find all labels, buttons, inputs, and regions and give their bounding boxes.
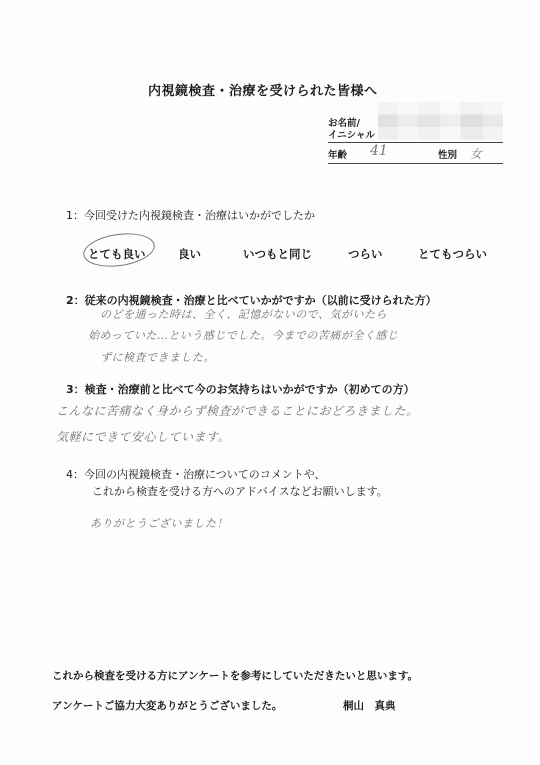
sex-value: 女 — [470, 145, 482, 162]
footer-request: これから検査を受ける方にアンケートを参考にしていただきたいと思います。 — [52, 668, 418, 683]
question-text: 今回受けた内視鏡検査・治療はいかがでしたか — [84, 209, 315, 222]
divider-line — [328, 163, 503, 164]
answer-2-line-3: ずに検査できました。 — [100, 349, 215, 365]
question-4: 4：今回の内視鏡検査・治療についてのコメントや、 — [66, 466, 326, 482]
divider-line — [328, 142, 503, 143]
age-value: 41 — [370, 143, 388, 159]
question-3: 3：検査・治療前と比べて今のお気持ちはいかがですか（初めての方） — [66, 381, 415, 397]
question-number: 4： — [66, 468, 84, 481]
answer-3-line-2: 気軽にできて安心しています。 — [56, 428, 230, 445]
answer-2-line-1: のどを通った時は、全く、記憶がないので、気がいたら — [100, 306, 387, 322]
respondent-info: お名前/ イニシャル 年齢 41 性別 女 — [328, 105, 503, 163]
answer-4-line-1: ありがとうございました！ — [90, 515, 228, 531]
option-very-good[interactable]: とても良い — [88, 246, 146, 262]
footer-signature: 桐山 真典 — [343, 698, 396, 713]
question-text: 今回の内視鏡検査・治療についてのコメントや、 — [84, 468, 326, 481]
question-text: 検査・治療前と比べて今のお気持ちはいかがですか（初めての方） — [85, 383, 415, 396]
answer-3-line-1: こんなに苦痛なく身からず検査ができることにおどろきました。 — [56, 402, 419, 419]
question-4-line-2: これから検査を受ける方へのアドバイスなどお願いします。 — [92, 483, 388, 499]
question-1: 1：今回受けた内視鏡検査・治療はいかがでしたか — [66, 207, 315, 223]
answer-2-line-2: 始めっていた…という感じでした。今までの苦痛が全く感じ — [88, 327, 398, 343]
option-good[interactable]: 良い — [178, 246, 201, 262]
name-redacted-field — [378, 102, 503, 140]
option-very-painful[interactable]: とてもつらい — [418, 246, 487, 262]
question-number: 1： — [66, 209, 84, 222]
sex-label: 性別 — [438, 147, 457, 161]
footer-thanks: アンケートご協力大変ありがとうございました。 — [52, 698, 282, 713]
question-number: 2： — [66, 294, 85, 307]
age-label: 年齢 — [328, 147, 347, 161]
option-painful[interactable]: つらい — [348, 246, 383, 262]
document-title: 内視鏡検査・治療を受けられた皆様へ — [148, 80, 378, 99]
option-same-as-usual[interactable]: いつもと同じ — [243, 246, 312, 262]
question-number: 3： — [66, 383, 85, 396]
initial-label: イニシャル — [328, 127, 375, 141]
